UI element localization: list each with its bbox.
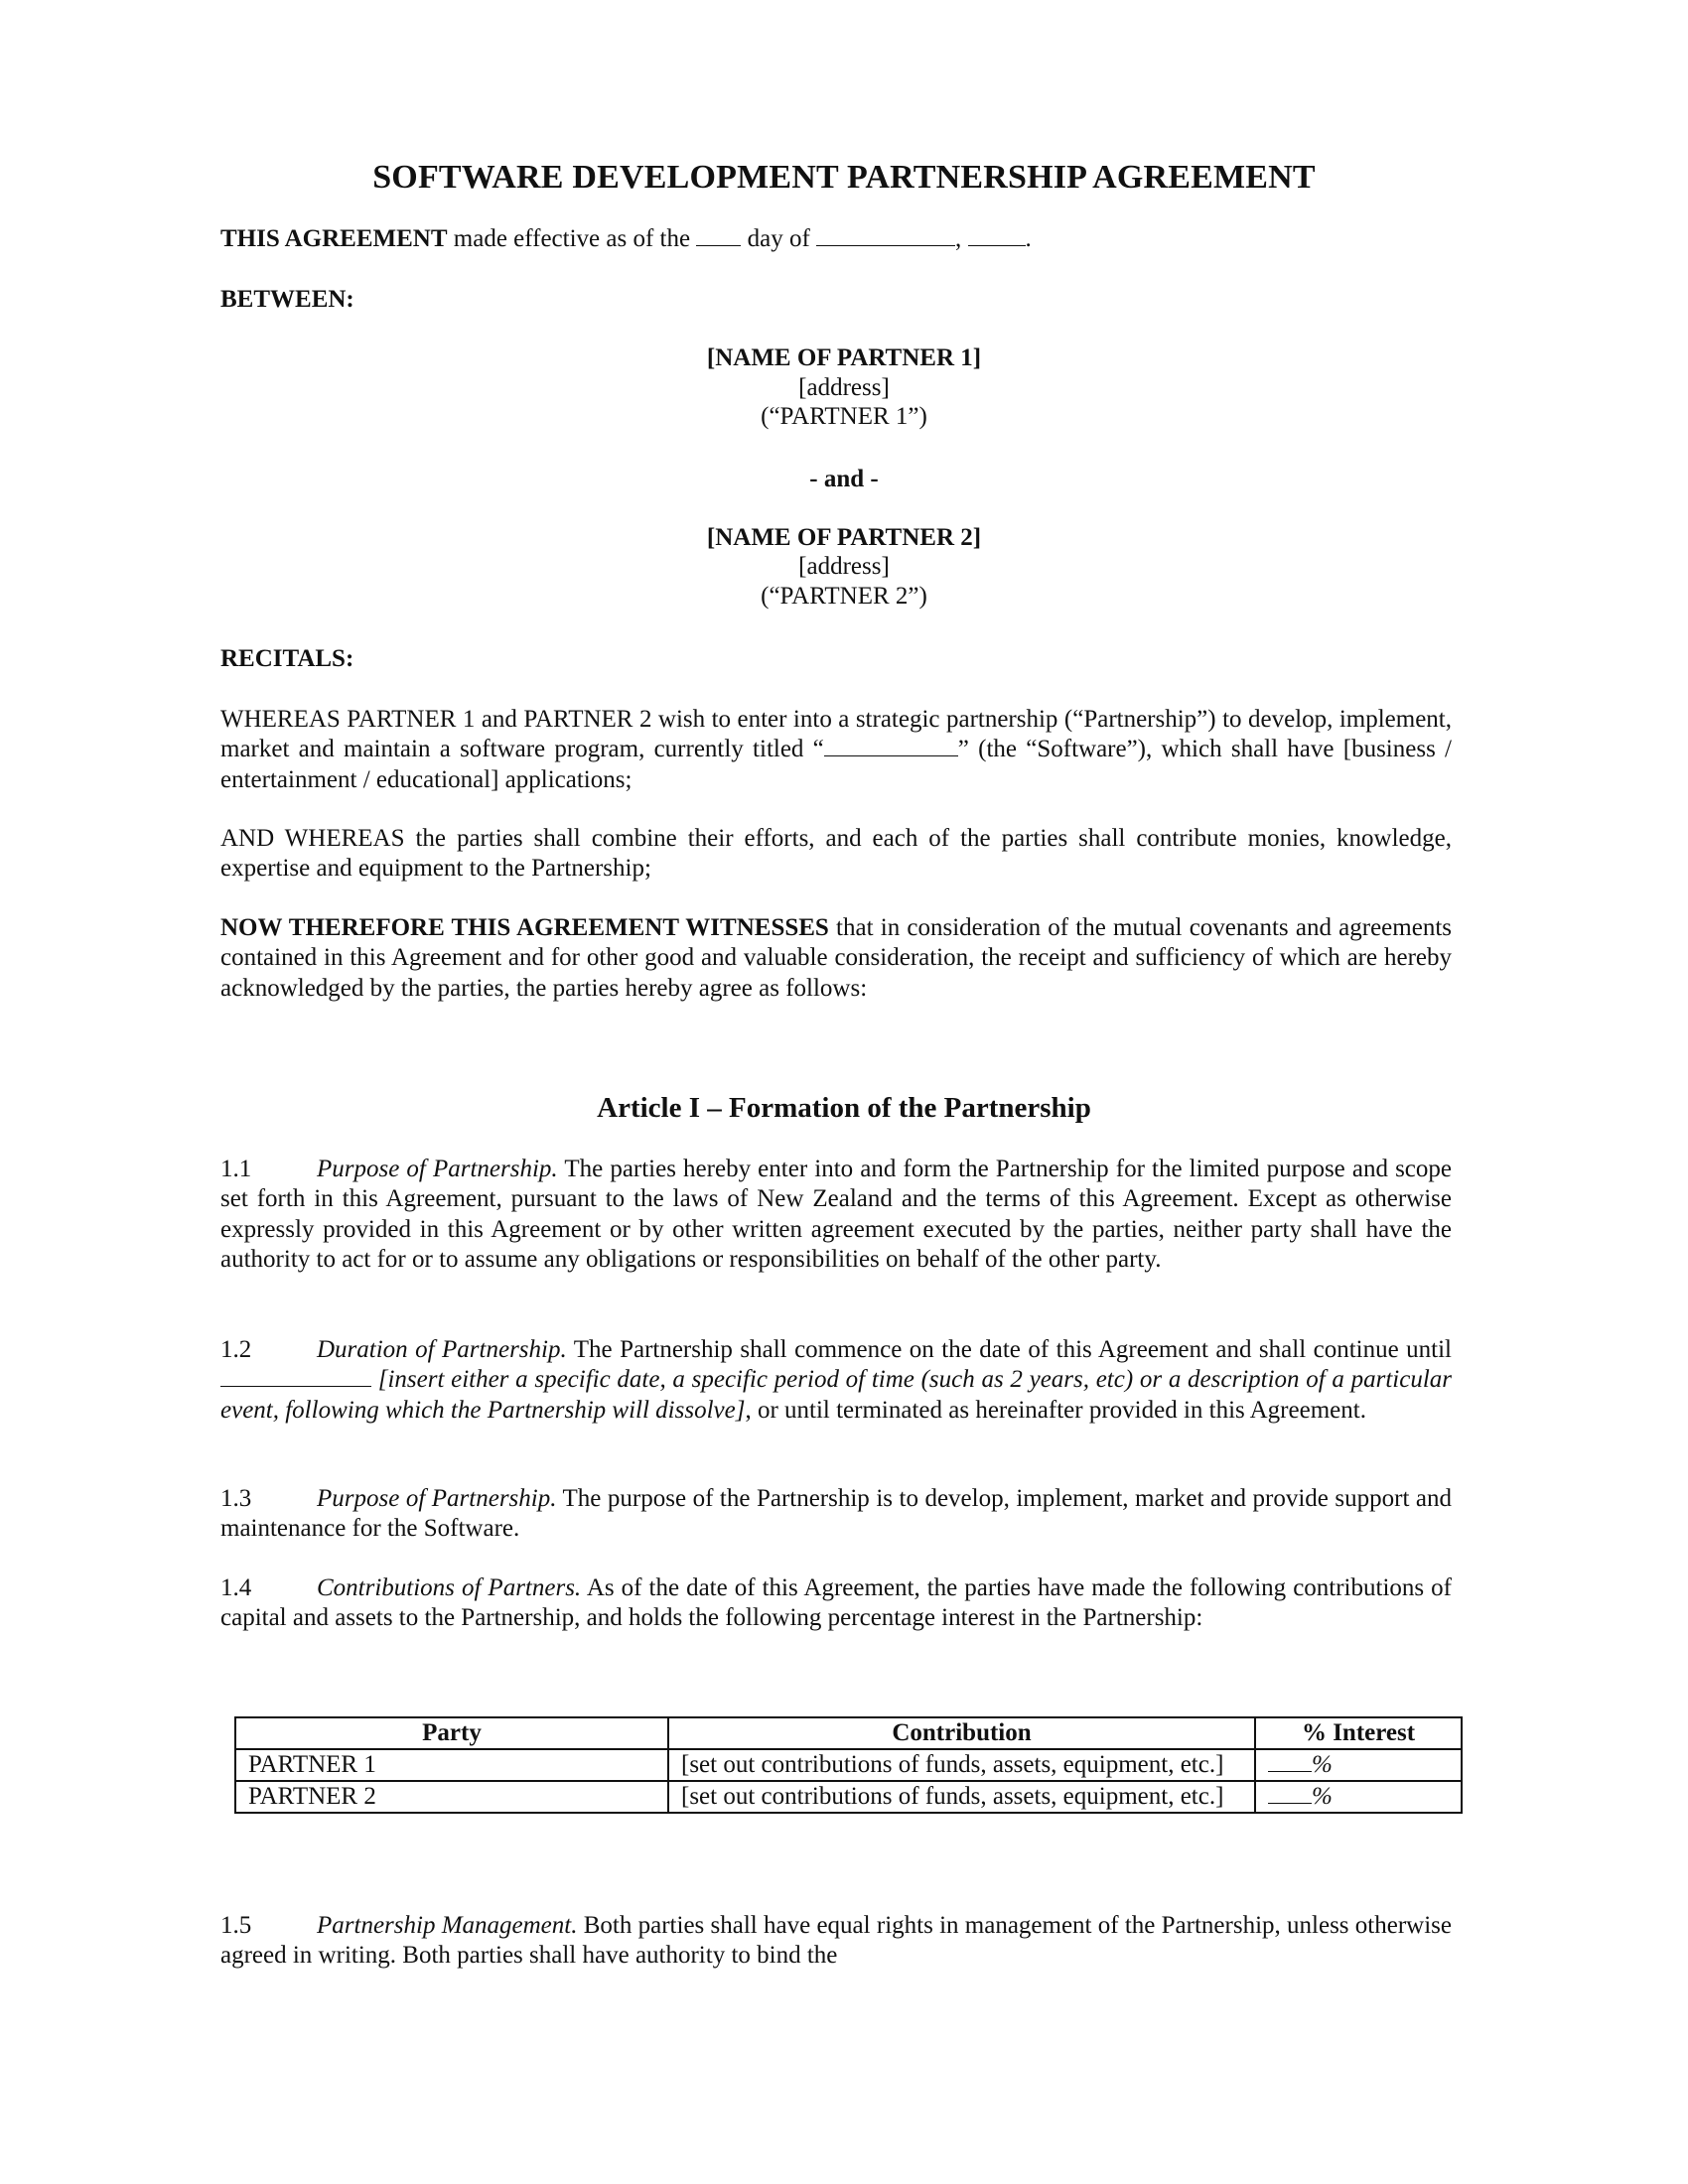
section-number: 1.3 [220, 1484, 317, 1514]
section-1-3: 1.3Purpose of Partnership. The purpose o… [220, 1484, 1452, 1545]
partner1-address: [address] [0, 373, 1688, 403]
effective-date-line: THIS AGREEMENT made effective as of the … [220, 224, 1452, 254]
witnesses-clause: NOW THEREFORE THIS AGREEMENT WITNESSES t… [220, 913, 1452, 1004]
document-page: SOFTWARE DEVELOPMENT PARTNERSHIP AGREEME… [0, 0, 1688, 2184]
section-1-5: 1.5Partnership Management. Both parties … [220, 1911, 1452, 1972]
section-number: 1.1 [220, 1155, 317, 1184]
partner1-name: [NAME OF PARTNER 1] [0, 343, 1688, 373]
table-header-row: Party Contribution % Interest [235, 1717, 1462, 1749]
between-label: BETWEEN: [220, 285, 1452, 315]
recitals-label: RECITALS: [220, 644, 1452, 674]
party-cell: PARTNER 2 [235, 1781, 668, 1813]
column-header-contribution: Contribution [668, 1717, 1255, 1749]
column-header-party: Party [235, 1717, 668, 1749]
section-number: 1.2 [220, 1335, 317, 1365]
contribution-cell: [set out contributions of funds, assets,… [668, 1749, 1255, 1781]
interest-cell: % [1255, 1781, 1462, 1813]
interest-cell: % [1255, 1749, 1462, 1781]
section-heading: Partnership Management. [317, 1912, 577, 1939]
recital-and-whereas: AND WHEREAS the parties shall combine th… [220, 824, 1452, 885]
contribution-cell: [set out contributions of funds, assets,… [668, 1781, 1255, 1813]
section-heading: Duration of Partnership. [317, 1336, 567, 1363]
interest-blank[interactable] [1268, 1783, 1312, 1804]
day-blank[interactable] [696, 225, 741, 246]
section-1-2: 1.2Duration of Partnership. The Partners… [220, 1335, 1452, 1426]
table-row: PARTNER 2 [set out contributions of fund… [235, 1781, 1462, 1813]
section-1-1: 1.1Purpose of Partnership. The parties h… [220, 1155, 1452, 1275]
section-number: 1.5 [220, 1911, 317, 1941]
document-title: SOFTWARE DEVELOPMENT PARTNERSHIP AGREEME… [0, 159, 1688, 197]
section-heading: Purpose of Partnership. [317, 1156, 558, 1182]
party-cell: PARTNER 1 [235, 1749, 668, 1781]
partner1-defined-as: (“PARTNER 1”) [0, 402, 1688, 432]
section-1-4: 1.4Contributions of Partners. As of the … [220, 1573, 1452, 1634]
year-blank[interactable] [968, 225, 1026, 246]
duration-blank[interactable] [220, 1366, 371, 1387]
and-separator: - and - [0, 465, 1688, 494]
recital-whereas: WHEREAS PARTNER 1 and PARTNER 2 wish to … [220, 705, 1452, 795]
article-heading: Article I – Formation of the Partnership [0, 1092, 1688, 1125]
this-agreement-label: THIS AGREEMENT [220, 225, 448, 252]
contributions-table: Party Contribution % Interest PARTNER 1 … [234, 1716, 1463, 1814]
software-title-blank[interactable] [824, 736, 958, 756]
interest-blank[interactable] [1268, 1751, 1312, 1772]
section-number: 1.4 [220, 1573, 317, 1603]
month-blank[interactable] [816, 225, 955, 246]
table-row: PARTNER 1 [set out contributions of fund… [235, 1749, 1462, 1781]
partner2-address: [address] [0, 552, 1688, 582]
column-header-interest: % Interest [1255, 1717, 1462, 1749]
section-heading: Purpose of Partnership. [317, 1485, 556, 1512]
section-heading: Contributions of Partners. [317, 1574, 581, 1601]
partner2-name: [NAME OF PARTNER 2] [0, 523, 1688, 553]
partner2-defined-as: (“PARTNER 2”) [0, 582, 1688, 612]
